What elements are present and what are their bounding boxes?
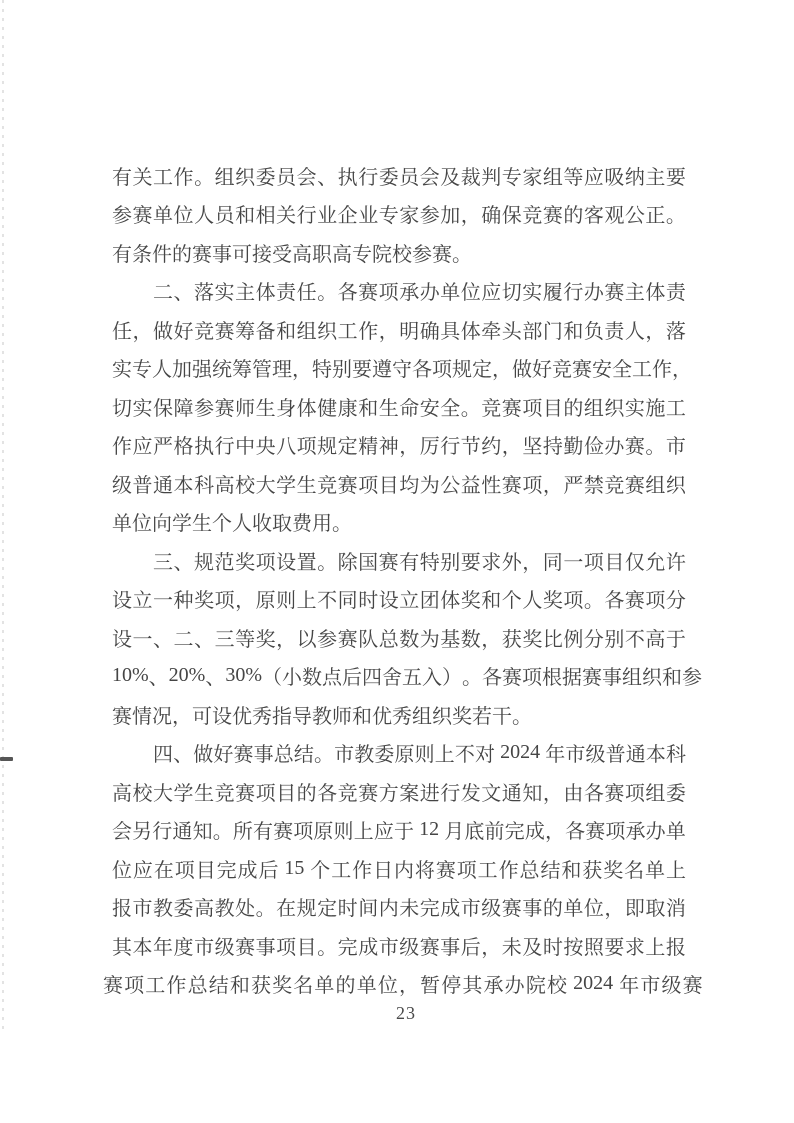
text-token: 成 xyxy=(525,815,545,844)
text-token: 普 xyxy=(133,469,153,498)
text-token: 人 xyxy=(625,315,645,344)
text-token: 。 xyxy=(645,430,665,459)
text-token: 责 xyxy=(604,315,624,344)
text-token: 四 xyxy=(362,661,382,690)
text-token: 主 xyxy=(625,276,645,305)
text-token: 赛 xyxy=(543,199,563,228)
text-token: 若 xyxy=(472,700,492,729)
text-token: 业 xyxy=(317,199,337,228)
text-token: 年 xyxy=(545,738,565,767)
text-token: 行 xyxy=(297,199,317,228)
text-token: 据 xyxy=(562,661,582,690)
text-token: 单 xyxy=(440,276,460,305)
text-token: 条 xyxy=(132,238,152,267)
text-token: 位 xyxy=(112,854,132,883)
text-token: 级 xyxy=(586,738,606,767)
text-token: 由 xyxy=(563,777,583,806)
text-token: 市 xyxy=(194,931,214,960)
text-token: 市 xyxy=(565,738,585,767)
text-token: 奖 xyxy=(256,623,276,652)
text-token: 体 xyxy=(645,276,665,305)
text-token: 获 xyxy=(582,854,602,883)
text-token: 项 xyxy=(522,661,542,690)
text-line: 作应严格执行中央八项规定精神，厉行节约，坚持勤俭办赛。市 xyxy=(112,426,686,465)
text-token: 参 xyxy=(317,623,337,652)
text-token: 实 xyxy=(522,276,542,305)
text-token: 保 xyxy=(153,392,173,421)
text-token: 实 xyxy=(625,392,645,421)
text-token: 及 xyxy=(522,931,542,960)
text-token: 禁 xyxy=(584,469,604,498)
text-token: 设 xyxy=(379,584,399,613)
text-token: 原 xyxy=(256,584,276,613)
text-token: 责 xyxy=(666,276,686,305)
text-token: 30% xyxy=(225,664,262,687)
text-token: 和 xyxy=(481,584,501,613)
text-token: 外 xyxy=(502,546,522,575)
text-token: 大 xyxy=(153,777,173,806)
text-token: 要 xyxy=(666,161,686,190)
text-token: 赛 xyxy=(379,546,399,575)
text-line: 实专人加强统筹管理，特别要遵守各项规定，做好竞赛安全工作， xyxy=(112,349,686,388)
text-token: 。 xyxy=(256,892,276,921)
text-token: 在 xyxy=(276,892,296,921)
text-token: 受 xyxy=(272,238,292,267)
text-token: 日 xyxy=(373,854,393,883)
text-token: 、 xyxy=(174,546,194,575)
text-token: 本 xyxy=(174,469,194,498)
text-token: 神 xyxy=(379,430,399,459)
text-token: 奖 xyxy=(272,969,292,998)
text-token: 分 xyxy=(584,623,604,652)
text-token: 秀 xyxy=(392,700,412,729)
text-token: 内 xyxy=(394,854,414,883)
text-token: 项 xyxy=(215,584,235,613)
text-token: 名 xyxy=(293,969,313,998)
text-token: 奖 xyxy=(543,584,563,613)
text-token: 仅 xyxy=(625,546,645,575)
text-token: 会 xyxy=(297,161,317,190)
text-token: 学 xyxy=(174,777,194,806)
text-token: 以 xyxy=(297,623,317,652)
text-token: 五 xyxy=(402,661,422,690)
text-token: 赛 xyxy=(604,777,624,806)
text-token: 校 xyxy=(235,469,255,498)
text-token: 生 xyxy=(297,469,317,498)
text-token: 别 xyxy=(332,353,352,382)
text-token: 参 xyxy=(412,238,432,267)
text-token: ， xyxy=(492,353,512,382)
text-token: 设 xyxy=(212,700,232,729)
text-token: 负 xyxy=(584,315,604,344)
text-token: 参 xyxy=(420,199,440,228)
text-token: 安 xyxy=(592,353,612,382)
text-token: 应 xyxy=(133,854,153,883)
text-token: 2024 xyxy=(568,972,618,995)
text-token: 织 xyxy=(604,392,624,421)
text-token: 组 xyxy=(584,392,604,421)
text-token: 应 xyxy=(133,430,153,459)
text-token: 各 xyxy=(412,353,432,382)
text-token: 应 xyxy=(584,161,604,190)
text-token: 知 xyxy=(522,777,542,806)
text-token: 进 xyxy=(420,777,440,806)
text-token: 设 xyxy=(276,546,296,575)
text-token: 则 xyxy=(334,815,354,844)
text-token: 安 xyxy=(420,392,440,421)
text-token: 级 xyxy=(215,931,235,960)
text-token: 身 xyxy=(276,392,296,421)
text-token: 暂 xyxy=(420,969,440,998)
text-line: 参赛单位人员和相关行业企业专家参加，确保竞赛的客观公正。 xyxy=(112,195,686,234)
text-token: 组 xyxy=(645,469,665,498)
text-token: 上 xyxy=(354,815,374,844)
text-token: 赛 xyxy=(683,969,703,998)
text-token: 高 xyxy=(332,238,352,267)
text-token: 项 xyxy=(124,969,144,998)
text-token: 位 xyxy=(378,969,398,998)
text-token: 15 xyxy=(279,857,309,880)
text-token: 事 xyxy=(522,892,542,921)
text-token: 规 xyxy=(194,546,214,575)
text-token: 原 xyxy=(313,815,333,844)
text-token: ， xyxy=(604,892,624,921)
text-token: 工 xyxy=(632,353,652,382)
text-token: 允 xyxy=(645,546,665,575)
text-token: 备 xyxy=(256,315,276,344)
text-token: 事 xyxy=(602,661,622,690)
text-token: 参 xyxy=(194,392,214,421)
text-token: ， xyxy=(133,315,153,344)
text-token: 强 xyxy=(192,353,212,382)
text-token: 组 xyxy=(412,700,432,729)
text-token: 确 xyxy=(420,315,440,344)
text-token: 年 xyxy=(619,969,639,998)
text-token: 赛 xyxy=(112,700,132,729)
text-token: 承 xyxy=(626,815,646,844)
text-token: 根 xyxy=(542,661,562,690)
text-token: 总 xyxy=(274,738,294,767)
text-token: 项 xyxy=(175,854,195,883)
text-token: 理 xyxy=(272,353,292,382)
text-token: 特 xyxy=(312,353,332,382)
text-token: 做 xyxy=(193,738,213,767)
text-token: 竞 xyxy=(552,353,572,382)
text-token: 、 xyxy=(194,623,214,652)
text-token: 竞 xyxy=(481,392,501,421)
text-token: 赛 xyxy=(215,315,235,344)
text-token: 种 xyxy=(174,584,194,613)
text-token: 校 xyxy=(547,969,567,998)
text-line: 二、落实主体责任。各赛项承办单位应切实履行办赛主体责 xyxy=(112,272,686,311)
text-token: 赛 xyxy=(358,276,378,305)
text-token: 赛 xyxy=(192,238,212,267)
text-token: 各 xyxy=(482,661,502,690)
text-token: 切 xyxy=(112,392,132,421)
text-token: 做 xyxy=(153,315,173,344)
text-token: 员 xyxy=(276,161,296,190)
text-token: 所 xyxy=(233,815,253,844)
text-token: 事 xyxy=(256,931,276,960)
text-token: 院 xyxy=(526,969,546,998)
text-token: 单 xyxy=(153,199,173,228)
text-token: 项 xyxy=(522,469,542,498)
text-token: 可 xyxy=(232,238,252,267)
text-token: 和 xyxy=(235,199,255,228)
text-token: 学 xyxy=(172,507,192,536)
text-token: 单 xyxy=(645,854,665,883)
text-token: 相 xyxy=(256,199,276,228)
text-token: 人 xyxy=(522,584,542,613)
text-token: 立 xyxy=(399,584,419,613)
text-token: 加 xyxy=(172,353,192,382)
text-token: 项 xyxy=(457,854,477,883)
text-token: ， xyxy=(276,623,296,652)
text-token: 各 xyxy=(604,584,624,613)
text-token: 和 xyxy=(230,969,250,998)
text-token: 总 xyxy=(520,854,540,883)
text-token: 行 xyxy=(215,430,235,459)
text-line: 四、做好赛事总结。市教委原则上不对 2024 年市级普通本科 xyxy=(112,734,686,773)
text-token: 约 xyxy=(481,430,501,459)
text-token: 12 xyxy=(414,818,444,841)
text-token: 项 xyxy=(432,353,452,382)
text-token: 体 xyxy=(461,315,481,344)
text-token: 件 xyxy=(152,238,172,267)
text-token: 例 xyxy=(563,623,583,652)
text-token: 上 xyxy=(297,584,317,613)
text-token: 生 xyxy=(194,777,214,806)
text-token: 知 xyxy=(193,815,213,844)
text-token: 坚 xyxy=(522,430,542,459)
text-token: 目 xyxy=(543,392,563,421)
text-token: 上 xyxy=(435,738,455,767)
text-token: 即 xyxy=(625,892,645,921)
text-token: 益 xyxy=(461,469,481,498)
text-token: 可 xyxy=(192,700,212,729)
text-token: 工 xyxy=(666,392,686,421)
text-token: 定 xyxy=(338,430,358,459)
text-token: 竞 xyxy=(338,777,358,806)
text-line: 任，做好竞赛筹备和组织工作，明确具体牵头部门和负责人，落 xyxy=(112,310,686,349)
text-token: ， xyxy=(399,430,419,459)
text-token: 完 xyxy=(505,815,525,844)
text-token: 教 xyxy=(354,738,374,767)
text-token: 入 xyxy=(422,661,442,690)
text-token: 会 xyxy=(420,161,440,190)
text-token: 奖 xyxy=(452,700,472,729)
text-token: 奖 xyxy=(461,584,481,613)
text-token: 对 xyxy=(475,738,495,767)
text-token: ， xyxy=(522,546,542,575)
text-token: 筹 xyxy=(232,353,252,382)
text-token: 执 xyxy=(338,161,358,190)
scan-edge-dots xyxy=(2,0,4,1035)
text-token: 后 xyxy=(342,661,362,690)
text-token: 不 xyxy=(317,584,337,613)
text-token: 目 xyxy=(604,546,624,575)
text-token: 立 xyxy=(133,584,153,613)
text-token: 奖 xyxy=(522,623,542,652)
text-token: 本 xyxy=(646,738,666,767)
text-token: 委 xyxy=(256,161,276,190)
text-token: 正 xyxy=(645,199,665,228)
text-token: 勤 xyxy=(563,430,583,459)
text-token: 办 xyxy=(584,276,604,305)
text-token: 遵 xyxy=(372,353,392,382)
text-token: 将 xyxy=(415,854,435,883)
text-token: 成 xyxy=(358,931,378,960)
text-token: 好 xyxy=(174,315,194,344)
text-token: 生 xyxy=(256,392,276,421)
text-token: 性 xyxy=(481,469,501,498)
text-token: 组 xyxy=(543,161,563,190)
text-token: 人 xyxy=(152,353,172,382)
text-token: ， xyxy=(543,777,563,806)
text-token: 分 xyxy=(666,584,686,613)
text-token: 赛 xyxy=(432,238,452,267)
text-token: 门 xyxy=(543,315,563,344)
body-text: 有关工作。组织委员会、执行委员会及裁判专家组等应吸纳主要参赛单位人员和相关行业企… xyxy=(112,156,686,1003)
text-token: 工 xyxy=(153,161,173,190)
text-token: 单 xyxy=(563,892,583,921)
text-token: 。 xyxy=(194,161,214,190)
text-token: 在 xyxy=(154,854,174,883)
text-token: 的 xyxy=(563,392,583,421)
text-token: 按 xyxy=(563,931,583,960)
text-token: 。 xyxy=(512,700,532,729)
text-token: 项 xyxy=(625,777,645,806)
text-token: ） xyxy=(442,661,462,690)
text-token: 比 xyxy=(543,623,563,652)
text-token: 处 xyxy=(235,892,255,921)
text-token: 规 xyxy=(452,353,472,382)
text-line: 位应在项目完成后 15 个工作日内将赛项工作总结和获奖名单上 xyxy=(112,849,686,888)
text-token: 要 xyxy=(604,931,624,960)
text-token: 完 xyxy=(420,892,440,921)
text-token: 文 xyxy=(481,777,501,806)
text-token: 底 xyxy=(464,815,484,844)
text-token: 好 xyxy=(213,738,233,767)
text-token: 同 xyxy=(338,584,358,613)
text-token: 。 xyxy=(332,507,352,536)
text-line: 赛项工作总结和获奖名单的单位，暂停其承办院校 2024 年市级赛 xyxy=(103,965,703,1004)
text-token: 用 xyxy=(312,507,332,536)
text-token: 目 xyxy=(196,854,216,883)
text-token: 校 xyxy=(133,777,153,806)
text-line: 其本年度市级赛事项目。完成市级赛事后，未及时按照要求上报 xyxy=(112,926,686,965)
text-token: 报 xyxy=(666,931,686,960)
text-token: 后 xyxy=(258,854,278,883)
text-token: 作 xyxy=(652,353,672,382)
text-token: 高 xyxy=(112,777,132,806)
text-token: 取 xyxy=(272,507,292,536)
text-token: 办 xyxy=(505,969,525,998)
text-token: 竞 xyxy=(604,469,624,498)
text-token: 则 xyxy=(415,738,435,767)
text-token: 工 xyxy=(338,315,358,344)
text-token: 作 xyxy=(112,430,132,459)
text-token: 。 xyxy=(314,738,334,767)
text-token: 特 xyxy=(420,546,440,575)
text-token: 全 xyxy=(440,392,460,421)
text-token: 团 xyxy=(420,584,440,613)
text-token: 委 xyxy=(374,738,394,767)
text-token: ， xyxy=(235,584,255,613)
text-token: 具 xyxy=(440,315,460,344)
text-token: 等 xyxy=(563,161,583,190)
text-token: 学 xyxy=(276,469,296,498)
text-token: 办 xyxy=(420,276,440,305)
text-token: 明 xyxy=(399,315,419,344)
text-token: 员 xyxy=(399,161,419,190)
text-token: 普 xyxy=(606,738,626,767)
text-token: 高 xyxy=(215,469,235,498)
text-token: 施 xyxy=(645,392,665,421)
text-token: 人 xyxy=(194,199,214,228)
text-token: 织 xyxy=(317,315,337,344)
text-token: 的 xyxy=(543,892,563,921)
text-token: 师 xyxy=(235,392,255,421)
text-token: 和 xyxy=(563,315,583,344)
text-token: 障 xyxy=(174,392,194,421)
text-token: ， xyxy=(481,931,501,960)
text-token: 赛 xyxy=(215,392,235,421)
text-token: 作 xyxy=(358,315,378,344)
text-token: 市 xyxy=(379,931,399,960)
text-token: 生 xyxy=(192,507,212,536)
text-line: 单位向学生个人收取费用。 xyxy=(112,503,686,542)
text-token: 赛 xyxy=(582,661,602,690)
text-token: 切 xyxy=(502,276,522,305)
text-token: 国 xyxy=(358,546,378,575)
text-token: 结 xyxy=(294,738,314,767)
text-token: 牵 xyxy=(481,315,501,344)
text-token: 要 xyxy=(461,546,481,575)
text-token: 队 xyxy=(358,623,378,652)
text-line: 报市教委高教处。在规定时间内未完成市级赛事的单位，即取消 xyxy=(112,888,686,927)
text-token: 公 xyxy=(440,469,460,498)
text-token: 级 xyxy=(481,892,501,921)
text-token: 头 xyxy=(502,315,522,344)
text-token: 二 xyxy=(153,276,173,305)
text-token: 则 xyxy=(276,584,296,613)
text-token: 人 xyxy=(232,507,252,536)
text-token: 办 xyxy=(646,815,666,844)
text-line: 有条件的赛事可接受高职高专院校参赛。 xyxy=(112,233,686,272)
text-token: 的 xyxy=(172,238,192,267)
text-token: 赛 xyxy=(338,623,358,652)
text-token: 参 xyxy=(682,661,702,690)
text-token: 赛 xyxy=(625,469,645,498)
text-token: 导 xyxy=(292,700,312,729)
text-token: 指 xyxy=(272,700,292,729)
text-token: 未 xyxy=(502,931,522,960)
text-token: 间 xyxy=(358,892,378,921)
text-token: 规 xyxy=(317,430,337,459)
text-token: 通 xyxy=(626,738,646,767)
scan-fold-mark xyxy=(0,757,13,761)
text-token: 定 xyxy=(472,353,492,382)
text-token: 别 xyxy=(604,623,624,652)
text-token: 实 xyxy=(215,276,235,305)
text-token: 织 xyxy=(235,161,255,190)
text-token: 专 xyxy=(502,161,522,190)
text-token: 置 xyxy=(297,546,317,575)
text-token: 、 xyxy=(173,738,193,767)
text-token: 数 xyxy=(399,623,419,652)
text-token: 节 xyxy=(461,430,481,459)
